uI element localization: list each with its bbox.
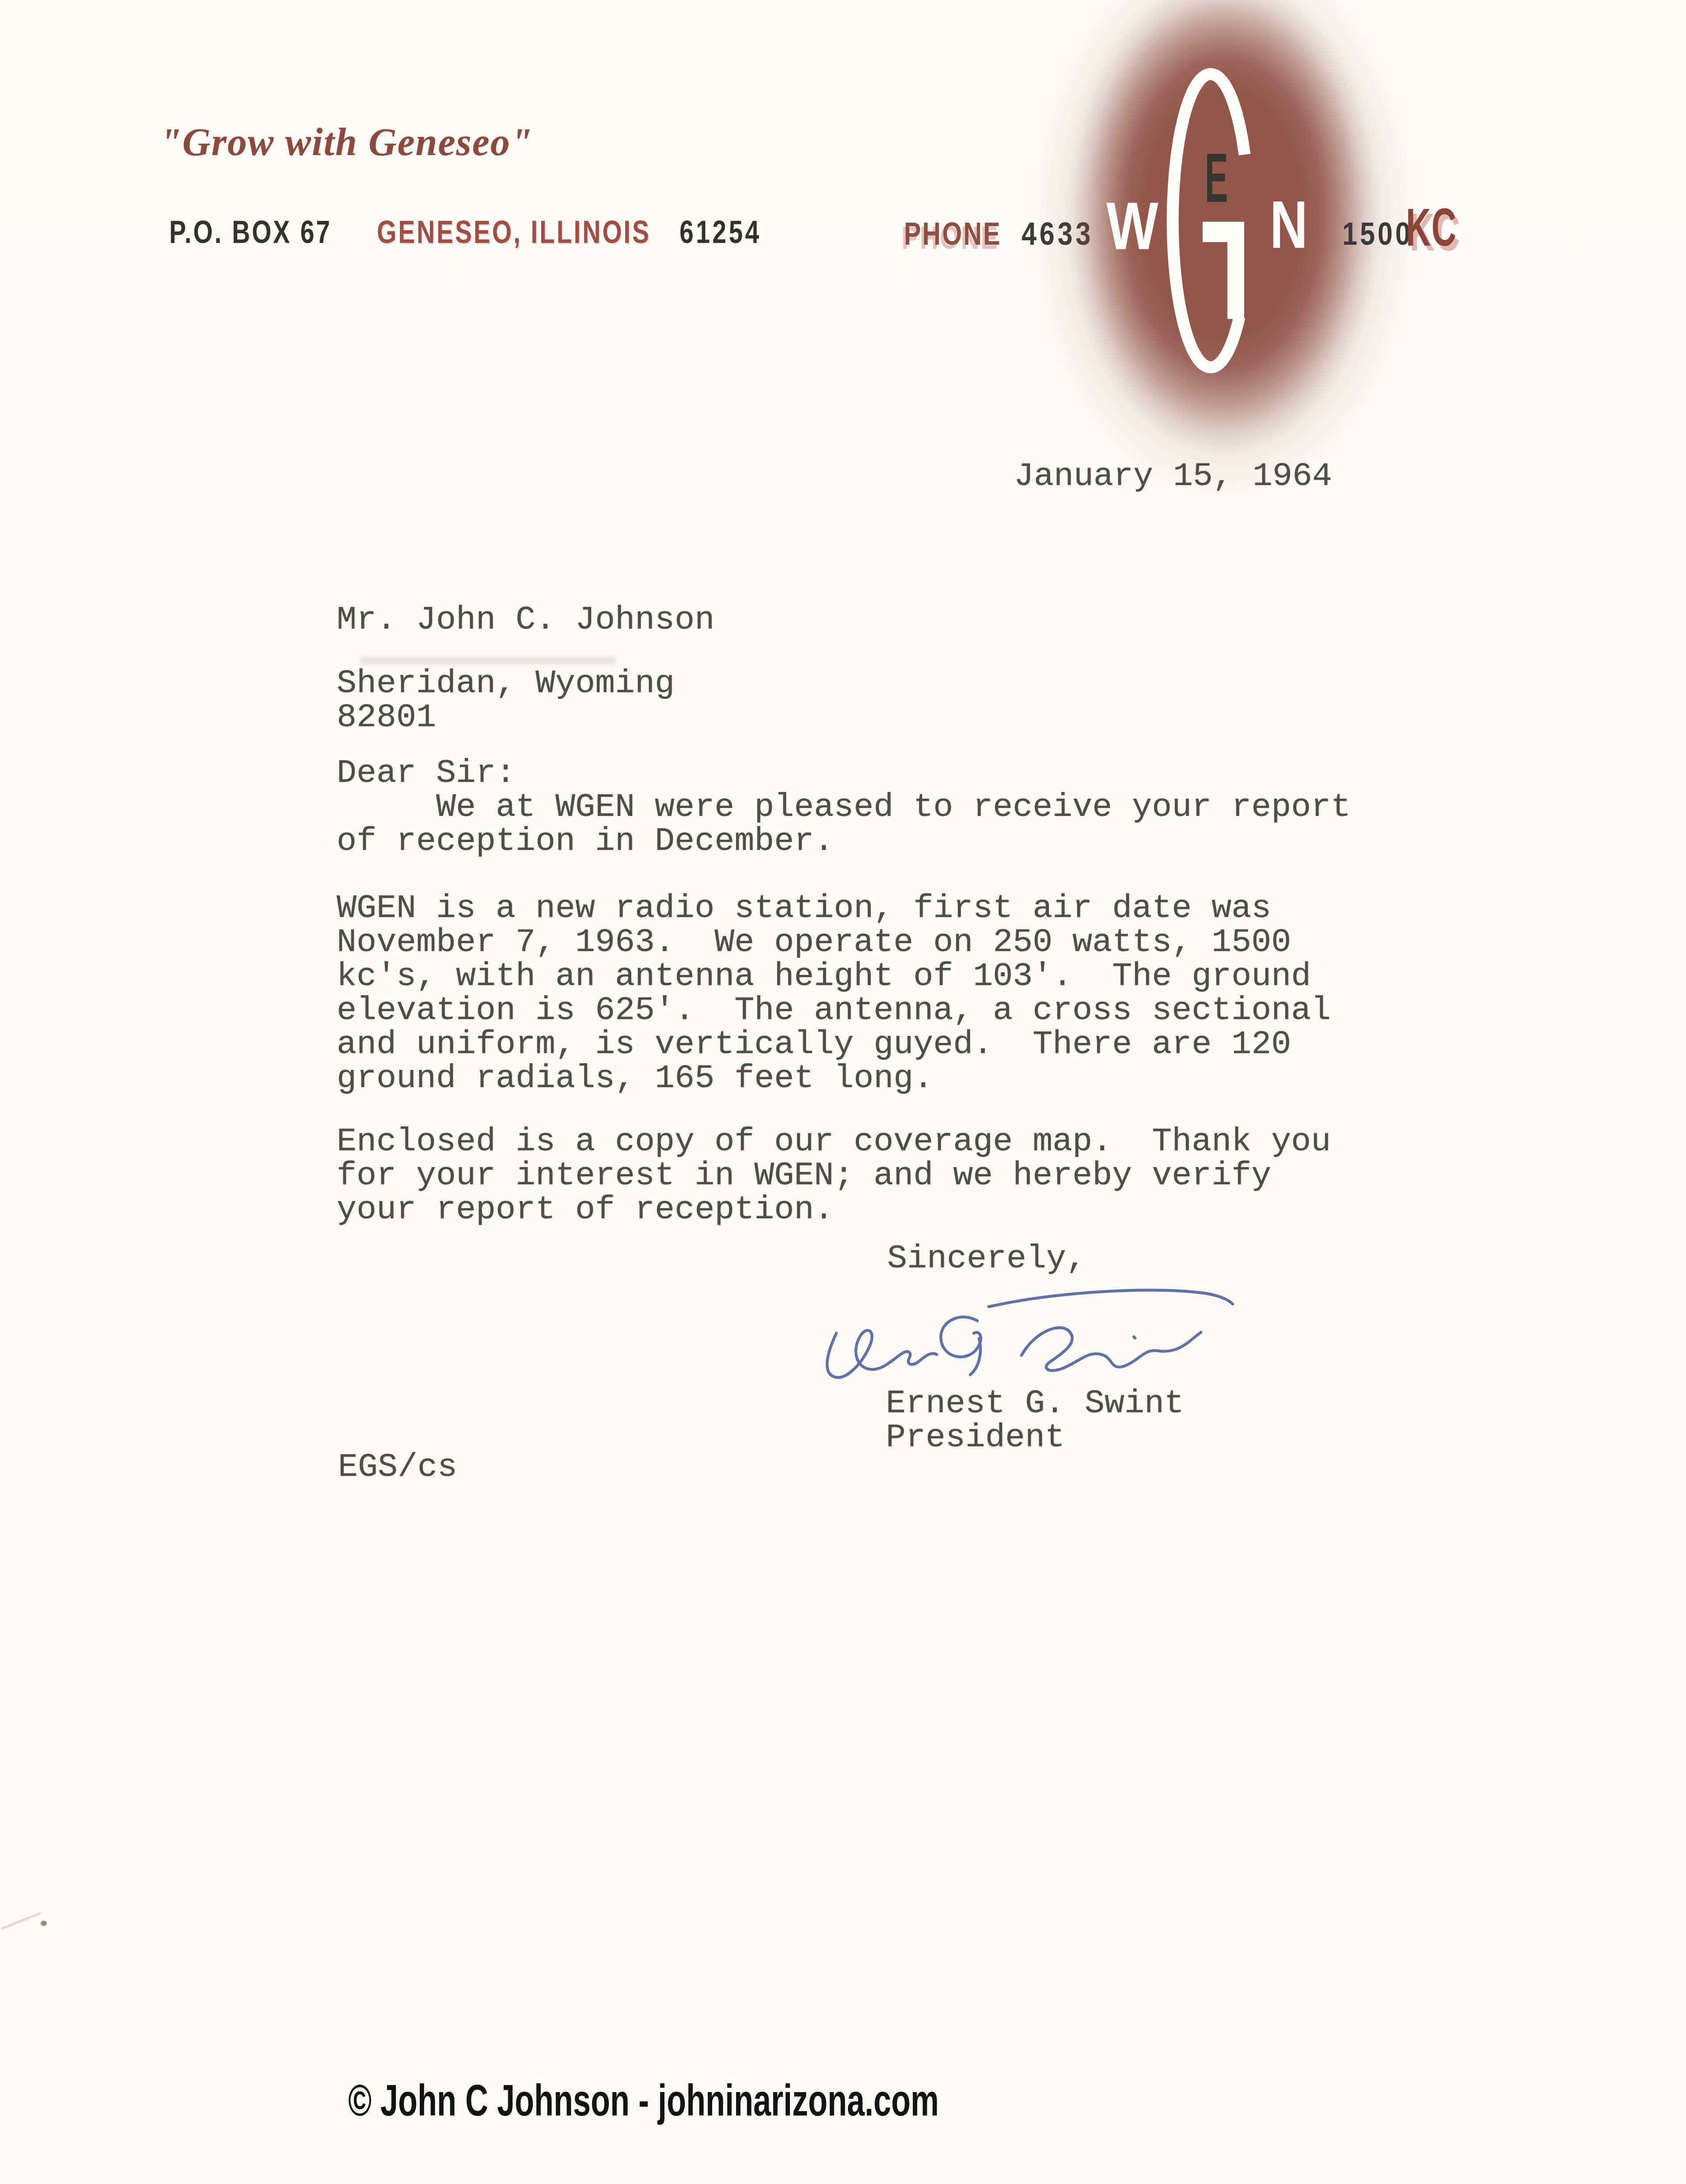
letterhead-zip: 61254 [680, 214, 785, 250]
pobox-text: P.O. BOX 67 [169, 214, 332, 250]
recipient-name: Mr. John C. Johnson [337, 603, 714, 637]
logo-letter-n-text: N [1270, 186, 1308, 264]
erased-address-line [360, 656, 616, 664]
letter-scan-page: { "page": { "width": 3816, "height": 494… [0, 0, 1686, 2184]
zip-text: 61254 [680, 214, 762, 250]
salutation: Dear Sir: [337, 756, 516, 790]
paragraph-2-line: WGEN is a new radio station, first air d… [337, 891, 1331, 925]
recipient-zip: 82801 [337, 701, 436, 735]
footer-credit: © John C Johnson - johninarizona.com [348, 2075, 1169, 2126]
letterhead-city: GENESEO, ILLINOIS [377, 214, 728, 250]
paragraph-1-line: We at WGEN were pleased to receive your … [337, 790, 1351, 824]
paragraph-2-line: ground radials, 165 feet long. [337, 1062, 1331, 1096]
frequency-unit: KC [1406, 197, 1484, 258]
stray-pencil-mark [1, 1912, 48, 1947]
paragraph-1: We at WGEN were pleased to receive your … [337, 790, 1351, 858]
paragraph-2: WGEN is a new radio station, first air d… [337, 891, 1331, 1096]
phone-label: PHONE [904, 216, 1026, 252]
frequency-unit-text: KC [1406, 197, 1457, 258]
stray-pencil-dot [41, 1921, 47, 1926]
paragraph-2-line: kc's, with an antenna height of 103'. Th… [337, 959, 1331, 993]
footer-credit-text: © John C Johnson - johninarizona.com [348, 2075, 939, 2126]
logo-letter-e: E [1205, 138, 1251, 218]
letterhead-pobox: P.O. BOX 67 [169, 214, 378, 250]
typist-reference: EGS/cs [338, 1450, 457, 1484]
paragraph-3-line: your report of reception. [337, 1193, 1331, 1227]
signer-title: President [886, 1421, 1065, 1455]
recipient-city: Sheridan, Wyoming [337, 667, 675, 701]
paragraph-3-line: for your interest in WGEN; and we hereby… [337, 1159, 1331, 1193]
closing: Sincerely, [887, 1242, 1086, 1276]
logo-letter-n: N [1270, 186, 1318, 264]
logo-letter-w: W [1106, 188, 1170, 265]
paragraph-3: Enclosed is a copy of our coverage map. … [337, 1125, 1331, 1227]
signer-name: Ernest G. Swint [886, 1387, 1184, 1421]
logo-letter-w-text: W [1106, 188, 1158, 265]
letter-date: January 15, 1964 [1014, 459, 1332, 493]
paragraph-3-line: Enclosed is a copy of our coverage map. … [337, 1125, 1331, 1159]
paragraph-2-line: elevation is 625'. The antenna, a cross … [337, 993, 1331, 1028]
signature [827, 1290, 1233, 1378]
phone-label-text: PHONE [904, 216, 1002, 252]
frequency-text: 1500 [1342, 216, 1413, 252]
paragraph-1-line: of reception in December. [337, 824, 1351, 858]
letterhead-slogan: "Grow with Geneseo" [160, 120, 533, 165]
city-text: GENESEO, ILLINOIS [377, 214, 651, 250]
paragraph-2-line: November 7, 1963. We operate on 250 watt… [337, 925, 1331, 959]
logo-letter-e-text: E [1205, 138, 1228, 218]
paragraph-2-line: and uniform, is vertically guyed. There … [337, 1028, 1331, 1062]
